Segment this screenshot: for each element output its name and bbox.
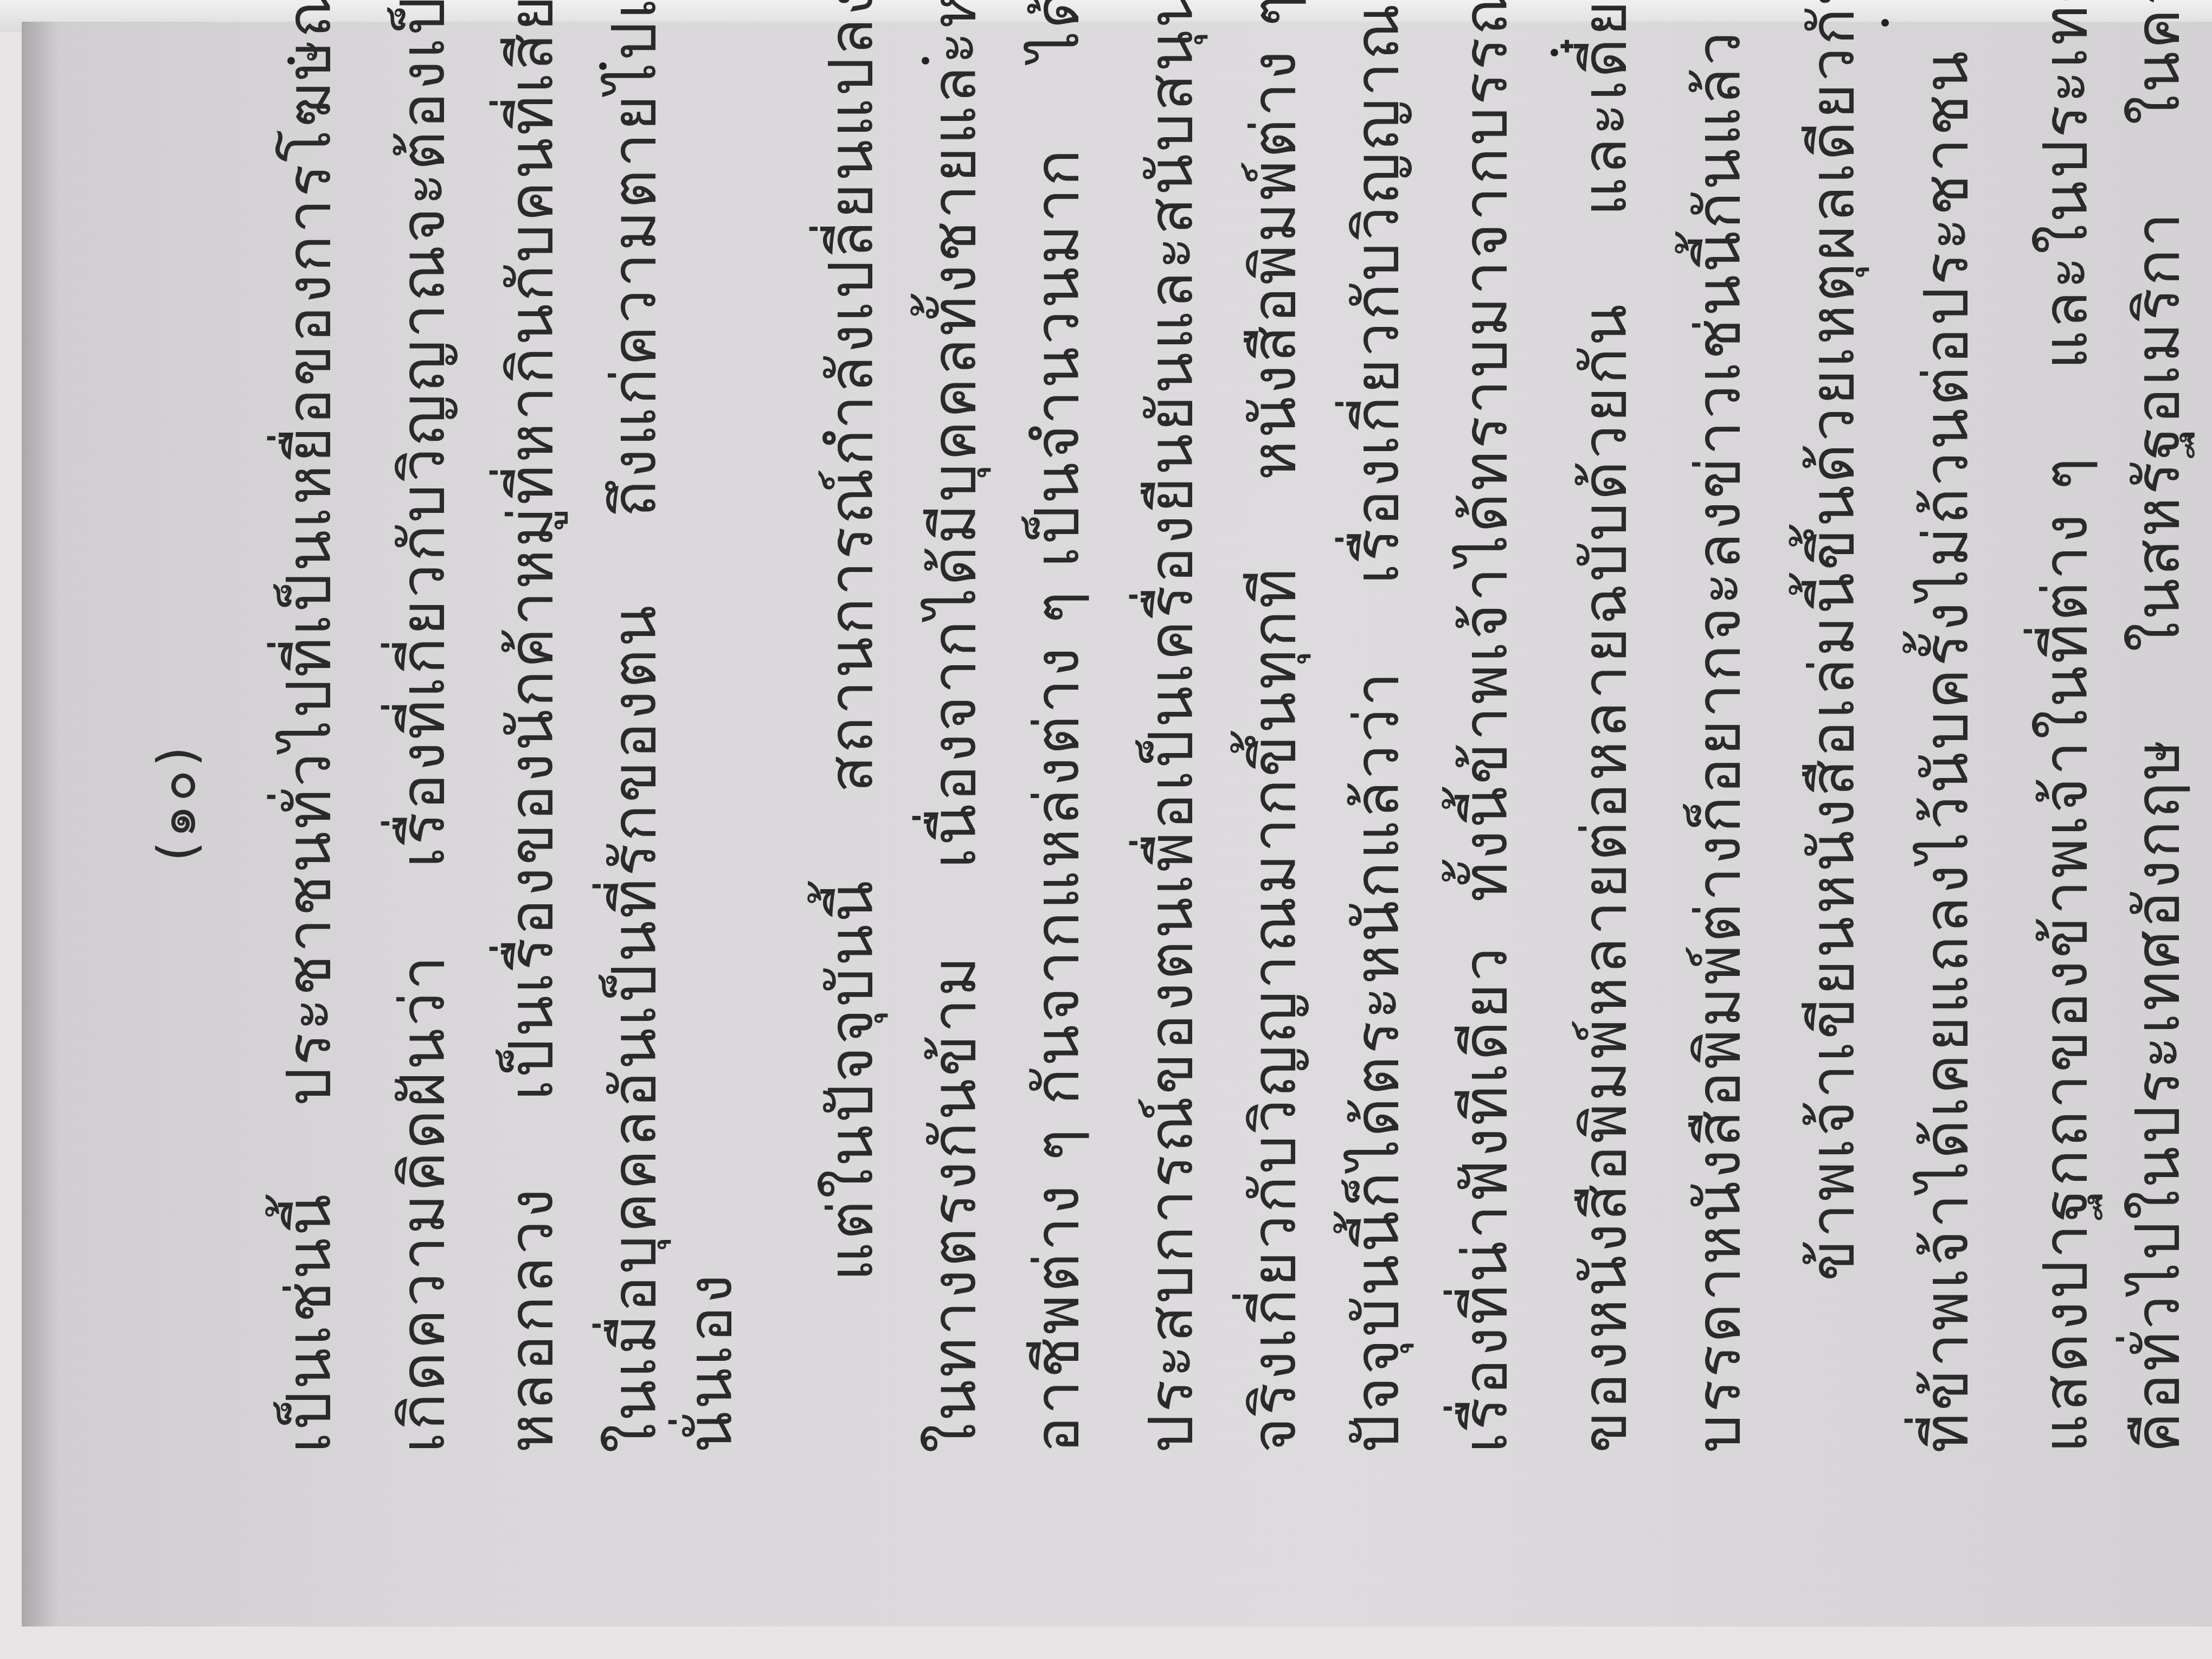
page-number: (๑๐) <box>136 108 218 1496</box>
text-line: คือทั่วไปในประเทศอังกฤษ ในสหรัฐอเมริกา ใ… <box>2109 0 2205 1453</box>
text-line: เรื่องที่น่าฟังทีเดียว ทั้งนี้ข้าพเจ้าได… <box>1437 0 1533 1453</box>
text-line: เกิดความคิดฝันว่า เรื่องที่เกี่ยวกับวิญญ… <box>374 0 471 1453</box>
page-fold-shadow <box>22 22 60 1626</box>
text-line: ข้าพเจ้าเขียนหนังสือเล่มนี้ขึ้นด้วยเหตุผ… <box>1784 0 1880 1453</box>
text-line: แต่ในปัจจุบันนี้ สถานการณ์กำลังเปลี่ยนแป… <box>802 0 899 1453</box>
text-line: ปัจจุบันนี้ก็ได้ตระหนักแล้วว่า เรื่องเกี… <box>1328 0 1425 1453</box>
text-line: ที่ข้าพเจ้าได้เคยแถลงไว้นับครั้งไม่ถ้วนต… <box>1898 0 1994 1453</box>
text-line: นั่นเอง <box>661 1272 758 1453</box>
text-line: เป็นเช่นนี้ ประชาชนทั่วไปที่เป็นเหยื่อขอ… <box>260 0 357 1453</box>
text-line: ในเมื่อบุคคลอันเป็นที่รักของตน ถึงแก่ควา… <box>586 0 682 1453</box>
text-line: แสดงปาฐกถาของข้าพเจ้าในที่ต่าง ๆ และในปร… <box>2017 0 2113 1453</box>
text-line: ของหนังสือพิมพ์หลายต่อหลายฉบับด้วยกัน แล… <box>1556 0 1652 1453</box>
text-line: ประสบการณ์ของตนเพื่อเป็นเครื่องยืนยันและ… <box>1122 0 1219 1453</box>
text-line: ในทางตรงกันข้าม เนื่องจากได้มีบุคคลทั้งช… <box>905 0 1002 1453</box>
text-line: จริงเกี่ยวกับวิญญาณมากขึ้นทุกที หนังสือพ… <box>1225 0 1322 1453</box>
punch-hole-mark <box>1881 19 1889 27</box>
text-line: อาชีพต่าง ๆ กันจากแหล่งต่าง ๆ เป็นจำนวนม… <box>1008 0 1105 1453</box>
text-line: หลอกลวง เป็นเรื่องของนักค้าหมู่ที่หากินก… <box>483 0 579 1453</box>
typewritten-document: (๑๐) เป็นเช่นนี้ ประชาชนทั่วไปที่เป็นเหย… <box>114 108 2120 1496</box>
text-line: บรรดาหนังสือพิมพ์ต่างก็อยากจะลงข่าวเช่นน… <box>1670 29 1766 1453</box>
